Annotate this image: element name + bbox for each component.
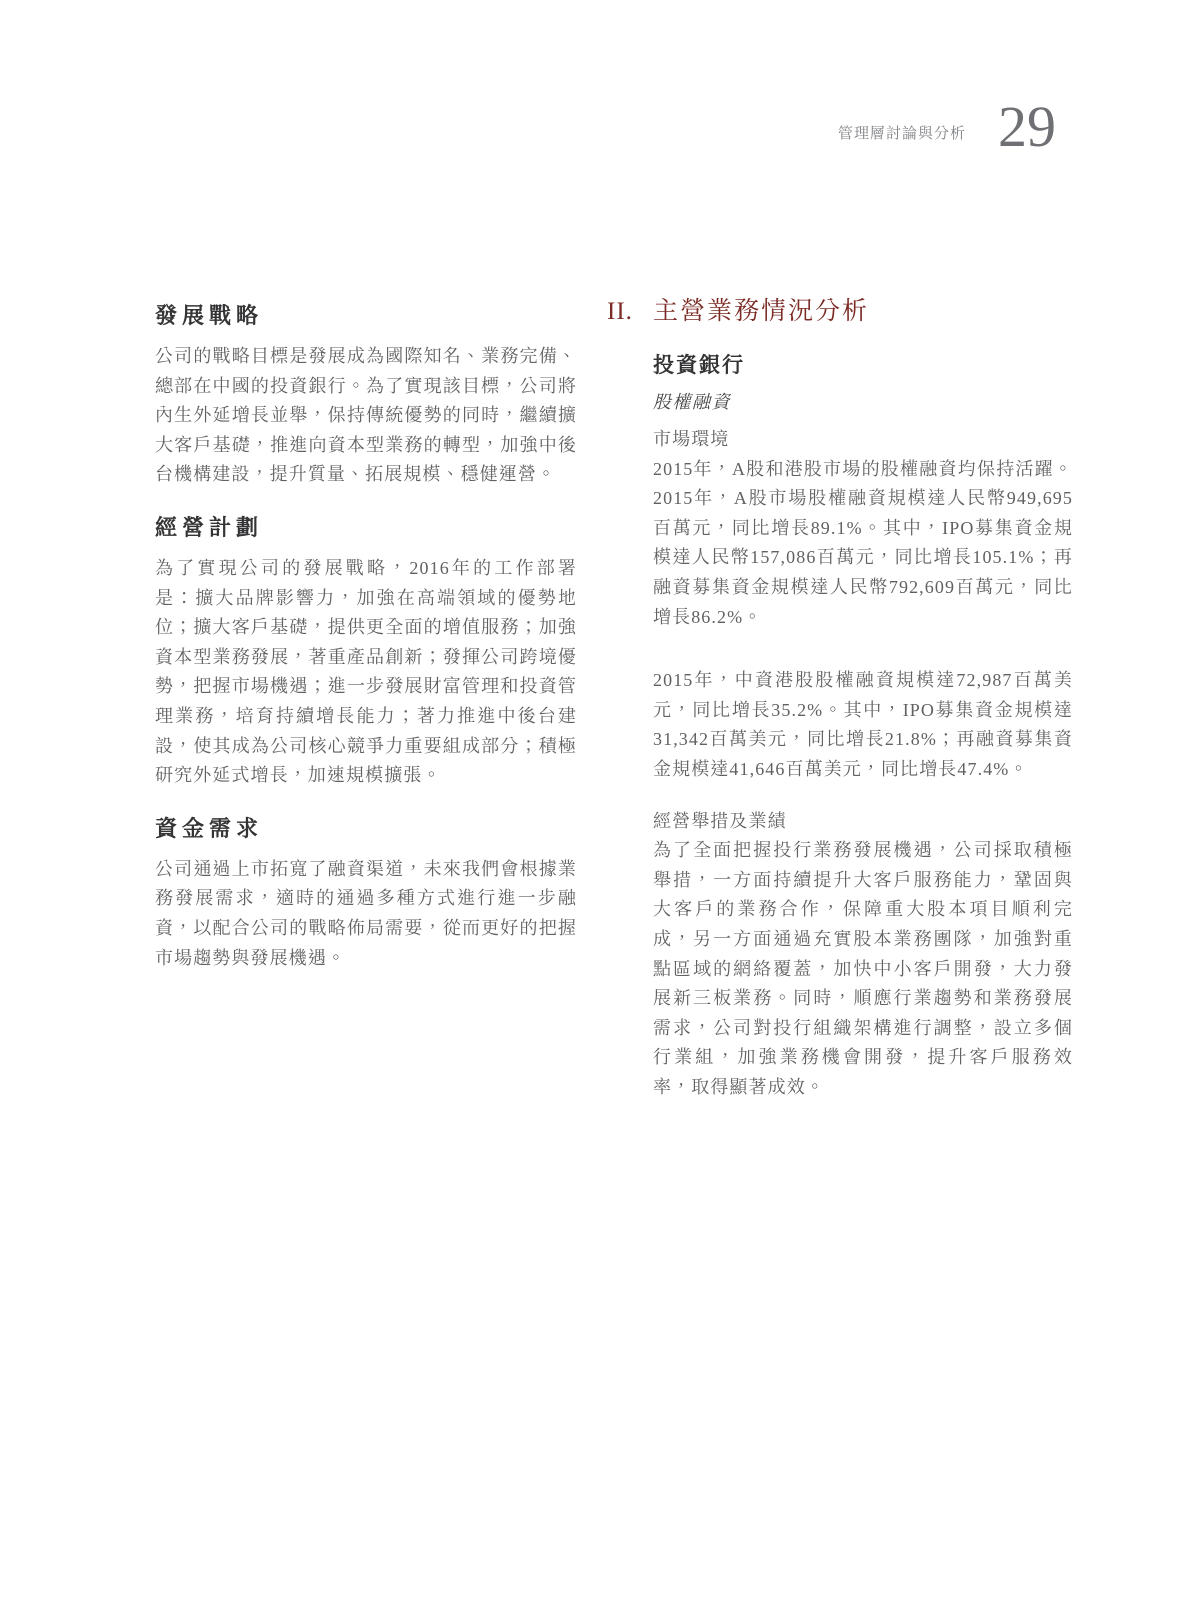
block-paragraph: 2015年，A股和港股市場的股權融資均保持活躍。2015年，A股市場股權融資規模… <box>653 455 1073 633</box>
block-operations-results: 經營舉措及業績 為了全面把握投行業務發展機遇，公司採取積極舉措，一方面持續提升大… <box>653 807 1073 1103</box>
document-page: 管理層討論與分析 29 發展戰略 公司的戰略目標是發展成為國際知名、業務完備、總… <box>0 0 1190 1615</box>
section-capital-needs: 資金需求 公司通過上市拓寬了融資渠道，未來我們會根據業務發展需求，適時的通過多種… <box>155 813 577 973</box>
section-development-strategy: 發展戰略 公司的戰略目標是發展成為國際知名、業務完備、總部在中國的投資銀行。為了… <box>155 300 577 490</box>
section-heading: 經營計劃 <box>155 512 577 544</box>
section-operating-plan: 經營計劃 為了實現公司的發展戰略，2016年的工作部署是：擴大品牌影響力，加強在… <box>155 512 577 791</box>
page-number: 29 <box>998 98 1056 156</box>
block-paragraph: 為了全面把握投行業務發展機遇，公司採取積極舉措，一方面持續提升大客戶服務能力，鞏… <box>653 836 1073 1102</box>
section-heading: 資金需求 <box>155 813 577 845</box>
roman-numeral: II. <box>607 295 653 329</box>
block-market-environment: 市場環境 2015年，A股和港股市場的股權融資均保持活躍。2015年，A股市場股… <box>653 425 1073 785</box>
subsection-heading: 投資銀行 <box>653 350 1073 380</box>
block-label: 經營舉措及業績 <box>653 807 1073 837</box>
section-paragraph: 公司的戰略目標是發展成為國際知名、業務完備、總部在中國的投資銀行。為了實現該目標… <box>155 342 577 490</box>
section-paragraph: 公司通過上市拓寬了融資渠道，未來我們會根據業務發展需求，適時的通過多種方式進行進… <box>155 855 577 973</box>
block-label: 市場環境 <box>653 425 1073 455</box>
main-heading-row: II. 主營業務情況分析 <box>607 295 1073 329</box>
block-paragraph: 2015年，中資港股股權融資規模達72,987百萬美元，同比增長35.2%。其中… <box>653 666 1073 784</box>
section-heading: 發展戰略 <box>155 300 577 332</box>
right-column: II. 主營業務情況分析 投資銀行 股權融資 市場環境 2015年，A股和港股市… <box>607 295 1073 1102</box>
page-header: 管理層討論與分析 29 <box>838 98 1056 156</box>
main-heading: 主營業務情況分析 <box>653 295 869 329</box>
subtopic-heading: 股權融資 <box>653 389 1073 415</box>
right-column-body: 投資銀行 股權融資 市場環境 2015年，A股和港股市場的股權融資均保持活躍。2… <box>653 350 1073 1102</box>
header-section-label: 管理層討論與分析 <box>838 122 966 143</box>
section-paragraph: 為了實現公司的發展戰略，2016年的工作部署是：擴大品牌影響力，加強在高端領域的… <box>155 554 577 791</box>
left-column: 發展戰略 公司的戰略目標是發展成為國際知名、業務完備、總部在中國的投資銀行。為了… <box>155 300 577 995</box>
